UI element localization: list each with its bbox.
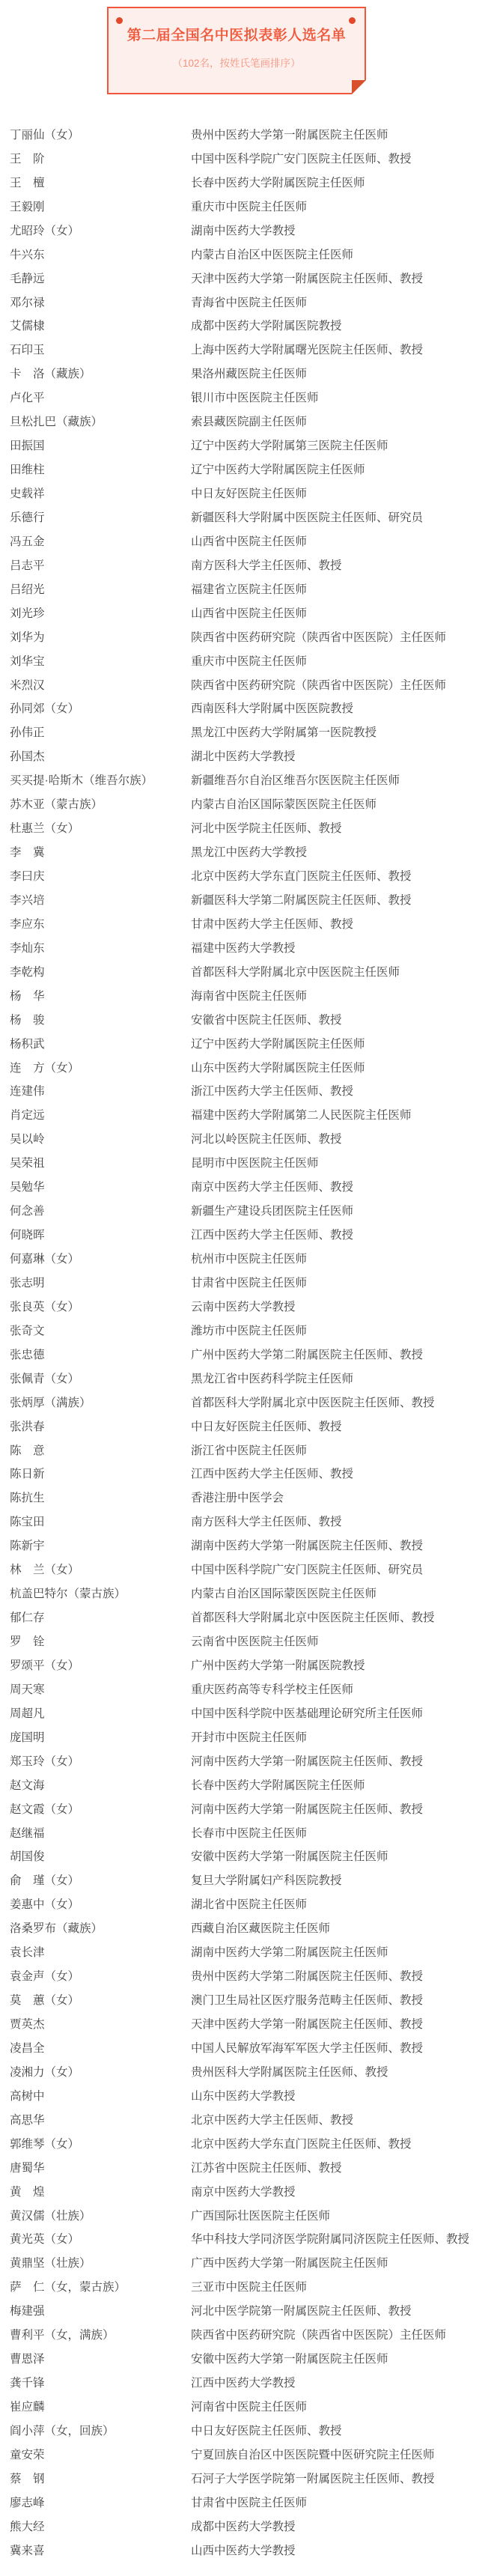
honoree-affiliation: 江西中医药大学主任医师、教授 (191, 1465, 500, 1481)
honoree-name: 史载祥 (10, 484, 191, 501)
list-item: 杨 骏 安徽省中医院主任医师、教授 (10, 1007, 500, 1031)
honoree-affiliation: 甘肃省中医院主任医师 (191, 2494, 500, 2510)
list-item: 张佩青（女） 黑龙江省中医药科学院主任医师 (10, 1366, 500, 1390)
honoree-name: 黄鼎坚（壮族） (10, 2254, 191, 2270)
honoree-affiliation: 广州中医药大学第二附属医院主任医师、教授 (191, 1346, 500, 1362)
honoree-affiliation: 索县藏医院副主任医师 (191, 413, 500, 429)
list-item: 牛兴东 内蒙古自治区中医医院主任医师 (10, 242, 500, 266)
honoree-affiliation: 河北以岭医院主任医师、教授 (191, 1130, 500, 1146)
honoree-affiliation: 西南医科大学附属中医医院教授 (191, 699, 500, 716)
honoree-affiliation: 辽宁中医药大学附属医院主任医师 (191, 461, 500, 477)
honoree-name: 何念善 (10, 1202, 191, 1218)
list-item: 王毅刚 重庆市中医院主任医师 (10, 194, 500, 218)
honoree-name: 张奇文 (10, 1322, 191, 1338)
honoree-affiliation: 安徽中医药大学第一附属医院主任医师 (191, 2350, 500, 2366)
honoree-affiliation: 中国中医科学院中医基础理论研究所主任医师 (191, 1704, 500, 1721)
honoree-name: 廖志峰 (10, 2494, 191, 2510)
list-item: 买买提·哈斯木（维吾尔族） 新疆维吾尔自治区维吾尔医医院主任医师 (10, 768, 500, 792)
honoree-name: 黄汉儒（壮族） (10, 2207, 191, 2223)
list-item: 张志明 甘肃省中医院主任医师 (10, 1270, 500, 1294)
honoree-name: 陈宝田 (10, 1513, 191, 1529)
honoree-affiliation: 山西省中医院主任医师 (191, 604, 500, 621)
list-item: 米烈汉 陕西省中医药研究院（陕西省中医医院）主任医师 (10, 672, 500, 696)
list-item: 孙国杰 湖北中医药大学教授 (10, 744, 500, 768)
honoree-name: 孙国杰 (10, 747, 191, 764)
honoree-affiliation: 广西中医药大学第一附属医院主任医师 (191, 2254, 500, 2270)
list-item: 旦松扎巴（藏族） 索县藏医院副主任医师 (10, 409, 500, 433)
honoree-affiliation: 开封市中医院主任医师 (191, 1728, 500, 1745)
list-item: 张奇文 潍坊市中医院主任医师 (10, 1318, 500, 1342)
list-item: 张洪春 中日友好医院主任医师、教授 (10, 1414, 500, 1438)
honoree-affiliation: 河北中医学院主任医师、教授 (191, 819, 500, 836)
honoree-name: 卡 洛（藏族） (10, 365, 191, 381)
list-item: 卡 洛（藏族） 果洛州藏医院主任医师 (10, 361, 500, 385)
honoree-affiliation: 内蒙古自治区国际蒙医医院主任医师 (191, 1585, 500, 1601)
list-item: 王 阶 中国中医科学院广安门医院主任医师、教授 (10, 146, 500, 170)
list-item: 张炳厚（满族） 首都医科大学附属北京中医医院主任医师、教授 (10, 1390, 500, 1414)
list-item: 郁仁存 首都医科大学附属北京中医医院主任医师、教授 (10, 1605, 500, 1629)
pin-dot-left-icon (116, 17, 123, 24)
honoree-affiliation: 贵州中医药大学第二附属医院主任医师、教授 (191, 1967, 500, 1984)
list-item: 曹利平（女，满族） 陕西省中医药研究院（陕西省中医医院）主任医师 (10, 2322, 500, 2346)
honoree-name: 赵文霞（女） (10, 1800, 191, 1817)
list-item: 吴以岭 河北以岭医院主任医师、教授 (10, 1126, 500, 1150)
honoree-name: 张洪春 (10, 1418, 191, 1434)
list-item: 毛静远 天津中医药大学第一附属医院主任医师、教授 (10, 266, 500, 290)
list-item: 田维柱 辽宁中医药大学附属医院主任医师 (10, 457, 500, 481)
honoree-name: 袁金声（女） (10, 1967, 191, 1984)
honoree-name: 莫 蕙（女） (10, 1991, 191, 2008)
list-item: 吴荣祖 昆明市中医医院主任医师 (10, 1150, 500, 1174)
honoree-affiliation: 广西国际壮医医院主任医师 (191, 2207, 500, 2223)
list-item: 张良英（女） 云南中医药大学教授 (10, 1294, 500, 1318)
honoree-name: 杨 骏 (10, 1011, 191, 1027)
list-item: 陈日新 江西中医药大学主任医师、教授 (10, 1462, 500, 1486)
honoree-name: 陈新宇 (10, 1537, 191, 1553)
honoree-name: 张佩青（女） (10, 1370, 191, 1386)
honoree-affiliation: 陕西省中医药研究院（陕西省中医医院）主任医师 (191, 2326, 500, 2342)
honoree-affiliation: 辽宁中医药大学附属医院主任医师 (191, 1035, 500, 1051)
honoree-affiliation: 中国人民解放军海军军医大学主任医师、教授 (191, 2039, 500, 2056)
honoree-name: 罗 铨 (10, 1632, 191, 1649)
honoree-name: 孙同郊（女） (10, 699, 191, 716)
honoree-name: 李曰庆 (10, 867, 191, 884)
honoree-name: 毛静远 (10, 270, 191, 286)
folded-corner-icon (352, 80, 366, 94)
list-item: 阎小萍（女，回族） 中日友好医院主任医师、教授 (10, 2418, 500, 2442)
honoree-name: 杭盖巴特尔（蒙古族） (10, 1585, 191, 1601)
list-item: 罗 铨 云南省中医医院主任医师 (10, 1629, 500, 1653)
honoree-affiliation: 黑龙江中医药大学附属第一医院教授 (191, 723, 500, 740)
list-item: 廖志峰 甘肃省中医院主任医师 (10, 2490, 500, 2514)
honoree-affiliation: 中国中医科学院广安门医院主任医师、研究员 (191, 1561, 500, 1577)
list-item: 郭维琴（女） 北京中医药大学东直门医院主任医师、教授 (10, 2131, 500, 2155)
honoree-affiliation: 重庆医药高等专科学校主任医师 (191, 1680, 500, 1697)
honoree-affiliation: 湖南中医药大学第一附属医院主任医师、教授 (191, 1537, 500, 1553)
list-item: 罗颂平（女） 广州中医药大学第一附属医院教授 (10, 1653, 500, 1677)
list-item: 袁长津 湖南中医药大学第二附属医院主任医师 (10, 1939, 500, 1963)
honoree-affiliation: 湖北省中医院主任医师 (191, 1895, 500, 1912)
honoree-affiliation: 安徽中医药大学第一附属医院主任医师 (191, 1847, 500, 1864)
page-subtitle: （102名，按姓氏笔画排序） (109, 58, 365, 69)
list-item: 龚千锋 江西中医药大学教授 (10, 2370, 500, 2394)
list-item: 刘华为 陕西省中医药研究院（陕西省中医医院）主任医师 (10, 625, 500, 648)
honoree-name: 李应东 (10, 915, 191, 932)
list-item: 孙伟正 黑龙江中医药大学附属第一医院教授 (10, 720, 500, 744)
honoree-affiliation: 青海省中医院主任医师 (191, 294, 500, 310)
list-item: 梅建强 河北中医学院第一附属医院主任医师、教授 (10, 2298, 500, 2322)
honoree-affiliation: 内蒙古自治区中医医院主任医师 (191, 246, 500, 262)
honoree-list: 丁丽仙（女） 贵州中医药大学第一附属医院主任医师 王 阶 中国中医科学院广安门医… (0, 122, 500, 2562)
honoree-name: 刘华宝 (10, 652, 191, 669)
honoree-name: 邓尔禄 (10, 294, 191, 310)
list-item: 高思华 北京中医药大学主任医师、教授 (10, 2107, 500, 2131)
honoree-name: 郭维琴（女） (10, 2135, 191, 2151)
honoree-affiliation: 内蒙古自治区国际蒙医医院主任医师 (191, 795, 500, 812)
honoree-name: 艾儒棣 (10, 317, 191, 333)
honoree-affiliation: 中国中医科学院广安门医院主任医师、教授 (191, 150, 500, 166)
honoree-affiliation: 首都医科大学附属北京中医医院主任医师 (191, 963, 500, 979)
honoree-name: 凌湘力（女） (10, 2063, 191, 2080)
honoree-affiliation: 河南省中医院主任医师 (191, 2398, 500, 2414)
list-item: 黄光英（女） 华中科技大学同济医学院附属同济医院主任医师、教授 (10, 2227, 500, 2251)
honoree-affiliation: 中日友好医院主任医师 (191, 484, 500, 501)
honoree-affiliation: 山东中医药大学教授 (191, 2087, 500, 2103)
list-item: 杭盖巴特尔（蒙古族） 内蒙古自治区国际蒙医医院主任医师 (10, 1581, 500, 1605)
honoree-affiliation: 甘肃中医药大学主任医师、教授 (191, 915, 500, 932)
list-item: 陈抗生 香港注册中医学会 (10, 1485, 500, 1509)
honoree-affiliation: 南京中医药大学教授 (191, 2183, 500, 2199)
honoree-affiliation: 辽宁中医药大学附属第三医院主任医师 (191, 437, 500, 453)
list-item: 吴勉华 南京中医药大学主任医师、教授 (10, 1174, 500, 1198)
honoree-affiliation: 中日友好医院主任医师、教授 (191, 2422, 500, 2438)
list-item: 郑玉玲（女） 河南中医药大学第一附属医院主任医师、教授 (10, 1749, 500, 1772)
honoree-affiliation: 河北中医学院第一附属医院主任医师、教授 (191, 2302, 500, 2318)
honoree-affiliation: 果洛州藏医院主任医师 (191, 365, 500, 381)
honoree-affiliation: 南京中医药大学主任医师、教授 (191, 1178, 500, 1194)
honoree-affiliation: 贵州中医药大学第一附属医院主任医师 (191, 126, 500, 142)
honoree-affiliation: 潍坊市中医院主任医师 (191, 1322, 500, 1338)
honoree-affiliation: 上海中医药大学附属曙光医院主任医师、教授 (191, 341, 500, 357)
honoree-name: 刘华为 (10, 628, 191, 645)
page-title: 第二届全国名中医拟表彰人选名单 (118, 28, 356, 43)
list-item: 吕志平 南方医科大学主任医师、教授 (10, 553, 500, 577)
honoree-name: 熊大经 (10, 2518, 191, 2534)
honoree-affiliation: 三亚市中医院主任医师 (191, 2278, 500, 2294)
honoree-affiliation: 宁夏回族自治区中医医院暨中医研究院主任医师 (191, 2446, 500, 2462)
honoree-affiliation: 澳门卫生局社区医疗服务范畴主任医师、教授 (191, 1991, 500, 2008)
honoree-name: 赵继福 (10, 1824, 191, 1841)
list-item: 连 方（女） 山东中医药大学附属医院主任医师 (10, 1055, 500, 1079)
honoree-name: 吴勉华 (10, 1178, 191, 1194)
honoree-name: 凌昌全 (10, 2039, 191, 2056)
honoree-affiliation: 北京中医药大学主任医师、教授 (191, 2111, 500, 2127)
honoree-name: 买买提·哈斯木（维吾尔族） (10, 771, 191, 788)
honoree-name: 何晓晖 (10, 1226, 191, 1242)
list-item: 李灿东 福建中医药大学教授 (10, 935, 500, 959)
honoree-affiliation: 甘肃省中医院主任医师 (191, 1274, 500, 1290)
list-item: 张忠德 广州中医药大学第二附属医院主任医师、教授 (10, 1342, 500, 1366)
honoree-affiliation: 江苏省中医院主任医师、教授 (191, 2159, 500, 2175)
list-item: 石印玉 上海中医药大学附属曙光医院主任医师、教授 (10, 337, 500, 361)
list-item: 何念善 新疆生产建设兵团医院主任医师 (10, 1198, 500, 1222)
list-item: 姜惠中（女） 湖北省中医院主任医师 (10, 1892, 500, 1916)
honoree-name: 吴以岭 (10, 1130, 191, 1146)
list-item: 袁金声（女） 贵州中医药大学第二附属医院主任医师、教授 (10, 1963, 500, 1987)
list-item: 李乾构 首都医科大学附属北京中医医院主任医师 (10, 959, 500, 983)
honoree-affiliation: 河南中医药大学第一附属医院主任医师、教授 (191, 1752, 500, 1769)
list-item: 凌湘力（女） 贵州医科大学附属医院主任医师、教授 (10, 2059, 500, 2083)
list-item: 周天寒 重庆医药高等专科学校主任医师 (10, 1677, 500, 1701)
honoree-name: 黄 煌 (10, 2183, 191, 2199)
honoree-affiliation: 长春中医药大学附属医院主任医师 (191, 174, 500, 190)
honoree-name: 牛兴东 (10, 246, 191, 262)
honoree-name: 罗颂平（女） (10, 1656, 191, 1673)
honoree-name: 乐德行 (10, 508, 191, 525)
list-item: 李 冀 黑龙江中医药大学教授 (10, 839, 500, 863)
honoree-name: 周超凡 (10, 1704, 191, 1721)
honoree-name: 张忠德 (10, 1346, 191, 1362)
honoree-name: 林 兰（女） (10, 1561, 191, 1577)
list-item: 杨 华 海南省中医院主任医师 (10, 983, 500, 1007)
honoree-name: 李乾构 (10, 963, 191, 979)
announcement-header-card: 第二届全国名中医拟表彰人选名单 （102名，按姓氏笔画排序） (107, 7, 366, 94)
honoree-affiliation: 新疆生产建设兵团医院主任医师 (191, 1202, 500, 1218)
list-item: 林 兰（女） 中国中医科学院广安门医院主任医师、研究员 (10, 1557, 500, 1581)
honoree-affiliation: 山东中医药大学附属医院主任医师 (191, 1059, 500, 1075)
list-item: 黄鼎坚（壮族） 广西中医药大学第一附属医院主任医师 (10, 2250, 500, 2274)
honoree-name: 卢化平 (10, 389, 191, 405)
list-item: 萨 仁（女，蒙古族） 三亚市中医院主任医师 (10, 2274, 500, 2298)
honoree-name: 曹恩泽 (10, 2350, 191, 2366)
list-item: 黄 煌 南京中医药大学教授 (10, 2179, 500, 2203)
list-item: 莫 蕙（女） 澳门卫生局社区医疗服务范畴主任医师、教授 (10, 1987, 500, 2011)
honoree-name: 丁丽仙（女） (10, 126, 191, 142)
honoree-affiliation: 成都中医药大学教授 (191, 2518, 500, 2534)
honoree-name: 王 阶 (10, 150, 191, 166)
list-item: 刘华宝 重庆市中医院主任医师 (10, 648, 500, 672)
honoree-name: 郑玉玲（女） (10, 1752, 191, 1769)
honoree-affiliation: 杭州市中医院主任医师 (191, 1250, 500, 1266)
honoree-affiliation: 海南省中医院主任医师 (191, 987, 500, 1003)
honoree-name: 赵文海 (10, 1776, 191, 1793)
honoree-affiliation: 陕西省中医药研究院（陕西省中医医院）主任医师 (191, 628, 500, 645)
list-item: 蔡 钢 石河子大学医学院第一附属医院主任医师、教授 (10, 2466, 500, 2490)
honoree-affiliation: 云南中医药大学教授 (191, 1298, 500, 1314)
list-item: 杜惠兰（女） 河北中医学院主任医师、教授 (10, 815, 500, 839)
honoree-name: 高树中 (10, 2087, 191, 2103)
honoree-affiliation: 复旦大学附属妇产科医院教授 (191, 1871, 500, 1888)
honoree-name: 连 方（女） (10, 1059, 191, 1075)
honoree-name: 肖定远 (10, 1106, 191, 1123)
list-item: 李曰庆 北京中医药大学东直门医院主任医师、教授 (10, 863, 500, 887)
list-item: 吕绍光 福建省立医院主任医师 (10, 577, 500, 601)
list-item: 何晓晖 江西中医药大学主任医师、教授 (10, 1222, 500, 1246)
honoree-name: 杨积武 (10, 1035, 191, 1051)
honoree-affiliation: 河南中医药大学第一附属医院主任医师、教授 (191, 1800, 500, 1817)
honoree-name: 孙伟正 (10, 723, 191, 740)
honoree-name: 洛桑罗布（藏族） (10, 1919, 191, 1936)
honoree-affiliation: 天津中医药大学第一附属医院主任医师、教授 (191, 270, 500, 286)
honoree-name: 萨 仁（女，蒙古族） (10, 2278, 191, 2294)
honoree-affiliation: 北京中医药大学东直门医院主任医师、教授 (191, 2135, 500, 2151)
honoree-name: 梅建强 (10, 2302, 191, 2318)
honoree-name: 米烈汉 (10, 676, 191, 693)
honoree-affiliation: 陕西省中医药研究院（陕西省中医医院）主任医师 (191, 676, 500, 693)
list-item: 卢化平 银川市中医医院主任医师 (10, 385, 500, 409)
list-item: 连建伟 浙江中医药大学主任医师、教授 (10, 1079, 500, 1103)
honoree-affiliation: 云南省中医医院主任医师 (191, 1632, 500, 1649)
honoree-affiliation: 首都医科大学附属北京中医医院主任医师、教授 (191, 1609, 500, 1625)
honoree-affiliation: 山西省中医院主任医师 (191, 532, 500, 549)
honoree-name: 童安荣 (10, 2446, 191, 2462)
list-item: 陈 意 浙江省中医院主任医师 (10, 1438, 500, 1462)
honoree-name: 姜惠中（女） (10, 1895, 191, 1912)
honoree-name: 冀来喜 (10, 2542, 191, 2558)
list-item: 何嘉琳（女） 杭州市中医院主任医师 (10, 1246, 500, 1270)
honoree-name: 庞国明 (10, 1728, 191, 1745)
list-item: 赵文霞（女） 河南中医药大学第一附属医院主任医师、教授 (10, 1796, 500, 1820)
honoree-name: 周天寒 (10, 1680, 191, 1697)
honoree-affiliation: 首都医科大学附属北京中医医院主任医师、教授 (191, 1394, 500, 1410)
list-item: 邓尔禄 青海省中医院主任医师 (10, 290, 500, 314)
honoree-name: 郁仁存 (10, 1609, 191, 1625)
honoree-affiliation: 成都中医药大学附属医院教授 (191, 317, 500, 333)
honoree-affiliation: 银川市中医医院主任医师 (191, 389, 500, 405)
honoree-affiliation: 湖南中医药大学第二附属医院主任医师 (191, 1943, 500, 1960)
list-item: 曹恩泽 安徽中医药大学第一附属医院主任医师 (10, 2346, 500, 2370)
honoree-name: 黄光英（女） (10, 2230, 191, 2247)
honoree-affiliation: 新疆医科大学附属中医医院主任医师、研究员 (191, 508, 500, 525)
list-item: 黄汉儒（壮族） 广西国际壮医医院主任医师 (10, 2203, 500, 2227)
list-item: 陈新宇 湖南中医药大学第一附属医院主任医师、教授 (10, 1533, 500, 1557)
honoree-affiliation: 湖南中医药大学教授 (191, 222, 500, 238)
honoree-affiliation: 石河子大学医学院第一附属医院主任医师、教授 (191, 2470, 500, 2486)
honoree-name: 袁长津 (10, 1943, 191, 1960)
honoree-name: 曹利平（女，满族） (10, 2326, 191, 2342)
honoree-affiliation: 贵州医科大学附属医院主任医师、教授 (191, 2063, 500, 2080)
list-item: 王 檀 长春中医药大学附属医院主任医师 (10, 170, 500, 194)
honoree-name: 田维柱 (10, 461, 191, 477)
honoree-affiliation: 长春市中医院主任医师 (191, 1824, 500, 1841)
list-item: 崔应麟 河南省中医院主任医师 (10, 2394, 500, 2418)
honoree-name: 唐蜀华 (10, 2159, 191, 2175)
honoree-name: 苏木亚（蒙古族） (10, 795, 191, 812)
honoree-affiliation: 安徽省中医院主任医师、教授 (191, 1011, 500, 1027)
honoree-affiliation: 山西中医药大学教授 (191, 2542, 500, 2558)
list-item: 冀来喜 山西中医药大学教授 (10, 2538, 500, 2562)
list-item: 李兴培 新疆医科大学第二附属医院主任医师、教授 (10, 887, 500, 911)
honoree-name: 王 檀 (10, 174, 191, 190)
list-item: 冯五金 山西省中医院主任医师 (10, 529, 500, 553)
list-item: 杨积武 辽宁中医药大学附属医院主任医师 (10, 1031, 500, 1055)
honoree-affiliation: 华中科技大学同济医学院附属同济医院主任医师、教授 (191, 2230, 500, 2247)
list-item: 李应东 甘肃中医药大学主任医师、教授 (10, 911, 500, 935)
honoree-name: 石印玉 (10, 341, 191, 357)
honoree-name: 龚千锋 (10, 2374, 191, 2390)
honoree-affiliation: 西藏自治区藏医院主任医师 (191, 1919, 500, 1936)
honoree-name: 刘光珍 (10, 604, 191, 621)
honoree-affiliation: 南方医科大学主任医师、教授 (191, 1513, 500, 1529)
honoree-name: 杜惠兰（女） (10, 819, 191, 836)
list-item: 肖定远 福建中医药大学附属第二人民医院主任医师 (10, 1102, 500, 1126)
list-item: 陈宝田 南方医科大学主任医师、教授 (10, 1509, 500, 1533)
honoree-name: 杨 华 (10, 987, 191, 1003)
honoree-affiliation: 新疆维吾尔自治区维吾尔医医院主任医师 (191, 771, 500, 788)
honoree-affiliation: 长春中医药大学附属医院主任医师 (191, 1776, 500, 1793)
list-item: 孙同郊（女） 西南医科大学附属中医医院教授 (10, 696, 500, 720)
honoree-name: 李 冀 (10, 843, 191, 860)
honoree-affiliation: 天津中医药大学第一附属医院主任医师、教授 (191, 2015, 500, 2032)
list-item: 苏木亚（蒙古族） 内蒙古自治区国际蒙医医院主任医师 (10, 792, 500, 815)
list-item: 洛桑罗布（藏族） 西藏自治区藏医院主任医师 (10, 1916, 500, 1939)
list-item: 唐蜀华 江苏省中医院主任医师、教授 (10, 2155, 500, 2179)
honoree-affiliation: 南方医科大学主任医师、教授 (191, 556, 500, 573)
list-item: 胡国俊 安徽中医药大学第一附属医院主任医师 (10, 1844, 500, 1868)
honoree-name: 陈抗生 (10, 1489, 191, 1505)
honoree-name: 高思华 (10, 2111, 191, 2127)
pin-dot-right-icon (349, 17, 356, 24)
honoree-name: 胡国俊 (10, 1847, 191, 1864)
honoree-name: 吕绍光 (10, 580, 191, 597)
honoree-name: 连建伟 (10, 1082, 191, 1099)
honoree-name: 阎小萍（女，回族） (10, 2422, 191, 2438)
list-item: 庞国明 开封市中医院主任医师 (10, 1725, 500, 1749)
honoree-affiliation: 江西中医药大学主任医师、教授 (191, 1226, 500, 1242)
list-item: 田振国 辽宁中医药大学附属第三医院主任医师 (10, 433, 500, 457)
list-item: 熊大经 成都中医药大学教授 (10, 2514, 500, 2538)
list-item: 童安荣 宁夏回族自治区中医医院暨中医研究院主任医师 (10, 2442, 500, 2466)
honoree-affiliation: 重庆市中医院主任医师 (191, 652, 500, 669)
list-item: 艾儒棣 成都中医药大学附属医院教授 (10, 314, 500, 338)
honoree-name: 李灿东 (10, 939, 191, 956)
list-item: 赵继福 长春市中医院主任医师 (10, 1820, 500, 1844)
honoree-name: 贾英杰 (10, 2015, 191, 2032)
honoree-affiliation: 湖北中医药大学教授 (191, 747, 500, 764)
list-item: 刘光珍 山西省中医院主任医师 (10, 601, 500, 625)
honoree-name: 蔡 钢 (10, 2470, 191, 2486)
honoree-affiliation: 昆明市中医医院主任医师 (191, 1154, 500, 1170)
honoree-affiliation: 江西中医药大学教授 (191, 2374, 500, 2390)
honoree-affiliation: 福建中医药大学教授 (191, 939, 500, 956)
honoree-affiliation: 新疆医科大学第二附属医院主任医师、教授 (191, 891, 500, 908)
list-item: 高树中 山东中医药大学教授 (10, 2083, 500, 2107)
list-item: 赵文海 长春中医药大学附属医院主任医师 (10, 1772, 500, 1796)
honoree-affiliation: 北京中医药大学东直门医院主任医师、教授 (191, 867, 500, 884)
honoree-name: 冯五金 (10, 532, 191, 549)
honoree-name: 吕志平 (10, 556, 191, 573)
honoree-name: 陈 意 (10, 1442, 191, 1458)
list-item: 周超凡 中国中医科学院中医基础理论研究所主任医师 (10, 1701, 500, 1725)
honoree-name: 李兴培 (10, 891, 191, 908)
list-item: 史载祥 中日友好医院主任医师 (10, 481, 500, 505)
honoree-name: 崔应麟 (10, 2398, 191, 2414)
honoree-name: 陈日新 (10, 1465, 191, 1481)
honoree-affiliation: 香港注册中医学会 (191, 1489, 500, 1505)
honoree-name: 田振国 (10, 437, 191, 453)
honoree-affiliation: 黑龙江省中医药科学院主任医师 (191, 1370, 500, 1386)
list-item: 丁丽仙（女） 贵州中医药大学第一附属医院主任医师 (10, 122, 500, 146)
honoree-name: 何嘉琳（女） (10, 1250, 191, 1266)
list-item: 俞 瑾（女） 复旦大学附属妇产科医院教授 (10, 1868, 500, 1892)
list-item: 贾英杰 天津中医药大学第一附属医院主任医师、教授 (10, 2011, 500, 2035)
honoree-affiliation: 广州中医药大学第一附属医院教授 (191, 1656, 500, 1673)
list-item: 乐德行 新疆医科大学附属中医医院主任医师、研究员 (10, 505, 500, 529)
honoree-affiliation: 重庆市中医院主任医师 (191, 198, 500, 214)
honoree-affiliation: 福建中医药大学附属第二人民医院主任医师 (191, 1106, 500, 1123)
honoree-name: 张良英（女） (10, 1298, 191, 1314)
honoree-affiliation: 浙江中医药大学主任医师、教授 (191, 1082, 500, 1099)
